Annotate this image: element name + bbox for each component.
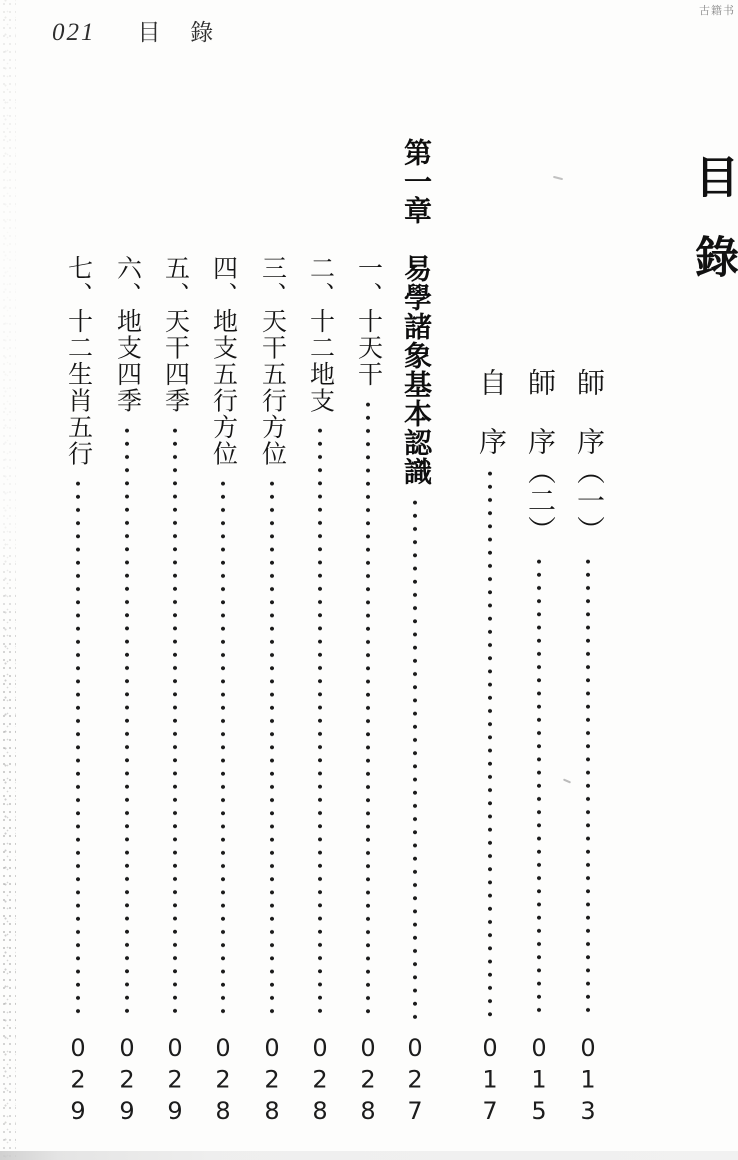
toc-entry-page: 028 [356, 1034, 380, 1129]
dot-leader [268, 477, 276, 1019]
toc-entry-title: 五、天干四季 [163, 255, 188, 414]
toc-entry-title: 師 序（一） [574, 368, 602, 545]
toc-entry-title: 七、十二生肖五行 [66, 255, 91, 467]
scan-speck [553, 176, 563, 180]
dot-leader [74, 477, 82, 1019]
toc-entry-zi-xu: 自 序 017 [472, 368, 508, 1128]
toc-entry-page: 013 [576, 1034, 600, 1129]
toc-entry-title: 自 序 [476, 368, 504, 457]
scanned-book-page: 021目 錄 古籍书 目錄 師 序（一） 013 師 序（二） 015 自 序 … [0, 0, 738, 1160]
toc-entry-shi-xu-2: 師 序（二） 015 [521, 368, 557, 1128]
folio-page-number: 021 [52, 19, 96, 46]
dot-leader [171, 424, 179, 1019]
toc-entry-page: 028 [211, 1034, 235, 1129]
toc-entry-page: 029 [115, 1034, 139, 1129]
toc-entry-section-3: 三、天干五行方位 028 [254, 255, 290, 1128]
dot-leader [535, 555, 543, 1019]
toc-entry-title: 六、地支四季 [115, 255, 140, 414]
scan-noise-left-edge [0, 0, 16, 1160]
page-title: 目錄 [690, 154, 734, 314]
toc-entry-section-7: 七、十二生肖五行 029 [60, 255, 96, 1128]
toc-entry-page: 027 [403, 1034, 427, 1129]
scan-edge-bottom [0, 1151, 738, 1160]
toc-chapter-title: 第一章 易學諸象基本認識 [401, 138, 429, 486]
dot-leader [364, 398, 372, 1019]
toc-entry-page: 028 [308, 1034, 332, 1129]
toc-entry-chapter-1: 第一章 易學諸象基本認識 027 [397, 138, 433, 1128]
dot-leader [123, 424, 131, 1019]
toc-entry-title: 師 序（二） [525, 368, 553, 545]
dot-leader [316, 424, 324, 1019]
running-head-title: 目 錄 [138, 20, 226, 45]
running-head: 021目 錄 [52, 14, 225, 47]
toc-entry-shi-xu-1: 師 序（一） 013 [570, 368, 606, 1128]
toc-entry-page: 028 [260, 1034, 284, 1129]
toc-entry-page: 029 [66, 1034, 90, 1129]
dot-leader [219, 477, 227, 1019]
toc-entry-page: 015 [527, 1034, 551, 1129]
toc-entry-page: 017 [478, 1034, 502, 1129]
dot-leader [411, 496, 419, 1019]
toc-entry-page: 029 [163, 1034, 187, 1129]
toc-entry-section-2: 二、十二地支 028 [302, 255, 338, 1128]
toc-entry-section-4: 四、地支五行方位 028 [205, 255, 241, 1128]
toc-entry-section-6: 六、地支四季 029 [109, 255, 145, 1128]
toc-entry-title: 一、十天干 [356, 255, 381, 388]
toc-entry-title: 四、地支五行方位 [211, 255, 236, 467]
dot-leader [584, 555, 592, 1019]
watermark-text: 古籍书 [699, 2, 735, 18]
dot-leader [486, 467, 494, 1019]
toc-entry-section-1: 一、十天干 028 [350, 255, 386, 1128]
toc-entry-title: 二、十二地支 [308, 255, 333, 414]
toc-entry-section-5: 五、天干四季 029 [157, 255, 193, 1128]
toc-entry-title: 三、天干五行方位 [260, 255, 285, 467]
